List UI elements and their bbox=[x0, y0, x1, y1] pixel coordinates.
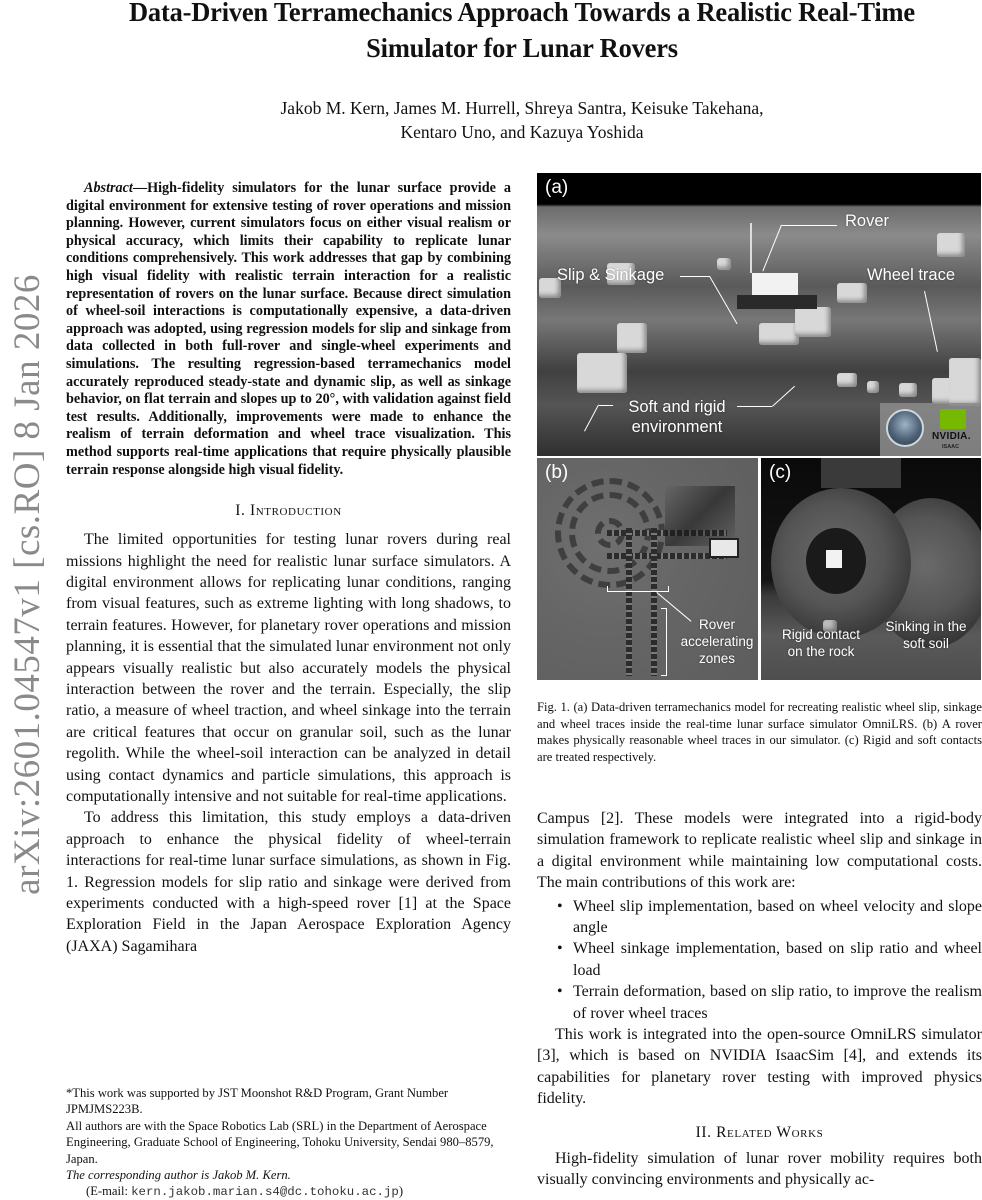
rover-frame bbox=[821, 458, 901, 488]
intro-continuation: Campus [2]. These models were integrated… bbox=[537, 808, 982, 894]
hub-highlight bbox=[826, 550, 842, 568]
leader-line bbox=[709, 276, 738, 324]
leader-line bbox=[680, 276, 710, 277]
rock-shape bbox=[577, 353, 627, 393]
arxiv-identifier-text: arXiv:2601.04547v1 [cs.RO] 8 Jan 2026 bbox=[6, 274, 49, 895]
figure-1-caption: Fig. 1. (a) Data-driven terramechanics m… bbox=[537, 699, 982, 765]
section-heading-introduction: I. Introduction bbox=[66, 502, 511, 520]
rock-shape bbox=[837, 373, 857, 387]
bracket-vertical bbox=[661, 608, 667, 676]
abstract-dash: — bbox=[133, 180, 147, 196]
contribution-item: •Wheel slip implementation, based on whe… bbox=[537, 896, 982, 939]
leader-line bbox=[584, 404, 599, 431]
leader-line bbox=[772, 386, 795, 407]
abstract: Abstract—High-fidelity simulators for th… bbox=[66, 180, 511, 479]
authors-line-1: Jakob M. Kern, James M. Hurrell, Shreya … bbox=[62, 96, 982, 120]
rover-shadow bbox=[665, 486, 735, 546]
related-paragraph-1: High-fidelity simulation of lunar rover … bbox=[537, 1148, 982, 1191]
paper-title: Data-Driven Terramechanics Approach Towa… bbox=[71, 0, 973, 66]
intro-paragraph-1: The limited opportunities for testing lu… bbox=[66, 529, 511, 807]
panel-b-label: (b) bbox=[545, 462, 568, 484]
bracket-horizontal bbox=[607, 586, 669, 592]
bullet-icon: • bbox=[557, 981, 563, 1002]
rock-shape bbox=[837, 283, 867, 303]
leader-line bbox=[599, 405, 613, 406]
callout-soft-rigid-environment: Soft and rigid environment bbox=[617, 397, 737, 437]
rover-chassis bbox=[737, 295, 817, 309]
contributions-list: •Wheel slip implementation, based on whe… bbox=[537, 896, 982, 1024]
callout-sinking-soft-soil: Sinking in the soft soil bbox=[876, 618, 976, 652]
intro-paragraph-2: To address this limitation, this study e… bbox=[66, 807, 511, 957]
rock-shape bbox=[899, 383, 917, 397]
rock-shape bbox=[867, 381, 879, 393]
nvidia-eye-logo-icon bbox=[940, 409, 966, 429]
omnilrs-logo-icon bbox=[886, 409, 924, 447]
email-link[interactable]: kern.jakob.marian.s4@dc.tohoku.ac.jp bbox=[131, 1185, 399, 1199]
footnote-email: (E-mail: kern.jakob.marian.s4@dc.tohoku.… bbox=[66, 1183, 511, 1200]
isaac-logo-text: ISAAC bbox=[942, 444, 959, 450]
figure-1: (a) Rover Slip & Sinkage Wheel trace bbox=[537, 173, 981, 680]
wheel-trace-vertical bbox=[626, 528, 632, 676]
rock-shape bbox=[717, 258, 731, 270]
rock-shape bbox=[937, 233, 965, 257]
panel-a-label: (a) bbox=[545, 177, 568, 199]
related-works-body: High-fidelity simulation of lunar rover … bbox=[537, 1148, 982, 1191]
figure-panel-c: (c) Rigid contact on the rock Sinking in… bbox=[761, 458, 981, 680]
callout-rigid-contact: Rigid contact on the rock bbox=[771, 626, 871, 660]
panel-c-label: (c) bbox=[769, 462, 791, 484]
abstract-text: High-fidelity simulators for the lunar s… bbox=[66, 180, 511, 478]
callout-rover-accelerating-zones: Rover accelerating zones bbox=[677, 616, 757, 667]
abstract-label: Abstract bbox=[84, 180, 133, 196]
introduction-body: The limited opportunities for testing lu… bbox=[66, 529, 511, 957]
leader-line bbox=[737, 406, 772, 407]
contribution-item: •Wheel sinkage implementation, based on … bbox=[537, 938, 982, 981]
intro-paragraph-2-continued: Campus [2]. These models were integrated… bbox=[537, 808, 982, 894]
rock-shape bbox=[795, 307, 831, 337]
contribution-item: •Terrain deformation, based on slip rati… bbox=[537, 981, 982, 1024]
right-column: Campus [2]. These models were integrated… bbox=[537, 808, 982, 1191]
left-column: Abstract—High-fidelity simulators for th… bbox=[66, 180, 511, 957]
wheel-trace-vertical bbox=[651, 528, 657, 676]
bullet-icon: • bbox=[557, 896, 563, 917]
rock-shape bbox=[949, 358, 981, 406]
rover-top-view bbox=[709, 538, 739, 558]
leader-line bbox=[762, 224, 782, 271]
callout-rover: Rover bbox=[845, 211, 889, 231]
figure-panel-a: (a) Rover Slip & Sinkage Wheel trace bbox=[537, 173, 981, 456]
arxiv-identifier-stamp: arXiv:2601.04547v1 [cs.RO] 8 Jan 2026 bbox=[2, 272, 52, 896]
nvidia-logo-text: NVIDIA. bbox=[932, 431, 971, 442]
section-heading-related-works: II. Related Works bbox=[537, 1124, 982, 1142]
callout-wheel-trace: Wheel trace bbox=[867, 265, 955, 285]
intro-closing: This work is integrated into the open-so… bbox=[537, 1024, 982, 1110]
author-list: Jakob M. Kern, James M. Hurrell, Shreya … bbox=[62, 96, 982, 144]
callout-slip-sinkage: Slip & Sinkage bbox=[557, 265, 664, 285]
footnote-funding: *This work was supported by JST Moonshot… bbox=[66, 1085, 511, 1118]
leader-line bbox=[924, 291, 938, 352]
figure-panel-b: (b) Rover accelerating zones bbox=[537, 458, 758, 680]
rock-shape bbox=[759, 323, 799, 345]
rover-mast bbox=[750, 223, 752, 273]
rock-shape bbox=[617, 323, 647, 353]
logo-overlay: NVIDIA. ISAAC bbox=[880, 403, 981, 456]
authors-line-2: Kentaro Uno, and Kazuya Yoshida bbox=[62, 120, 982, 144]
bullet-icon: • bbox=[557, 938, 563, 959]
intro-paragraph-3: This work is integrated into the open-so… bbox=[537, 1024, 982, 1110]
footnotes: *This work was supported by JST Moonshot… bbox=[66, 1085, 511, 1200]
footnote-affiliation: All authors are with the Space Robotics … bbox=[66, 1118, 511, 1167]
footnote-corresponding-author: The corresponding author is Jakob M. Ker… bbox=[66, 1167, 511, 1183]
leader-line bbox=[782, 225, 837, 226]
